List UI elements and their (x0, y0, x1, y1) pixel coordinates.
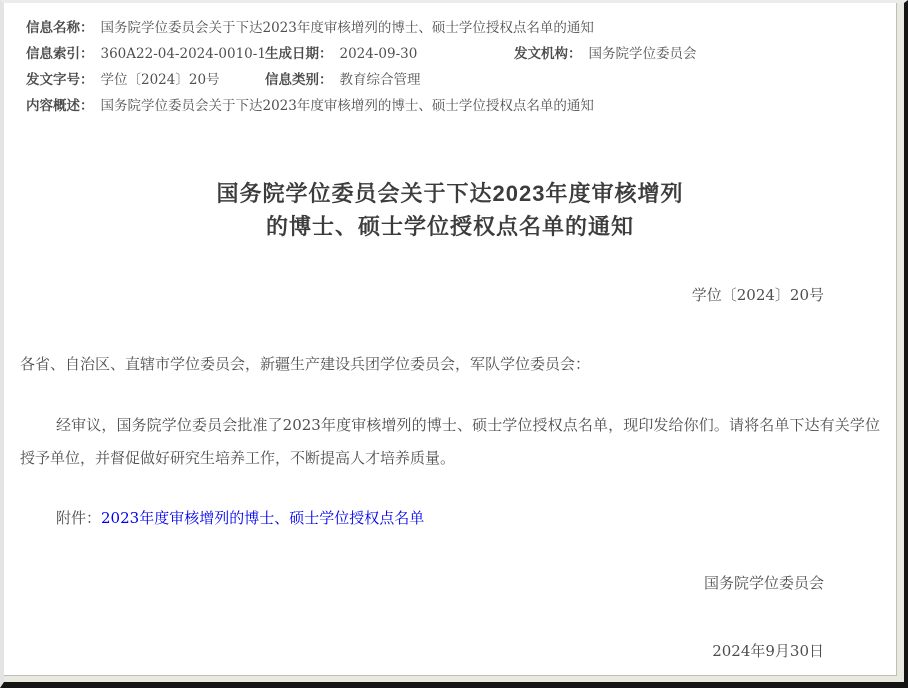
attachment-link[interactable]: 2023年度审核增列的博士、硕士学位授权点名单 (101, 509, 424, 527)
field-doc-number: 发文字号： 学位〔2024〕20号 (26, 67, 265, 93)
field-gen-date: 生成日期： 2024-09-30 (265, 41, 514, 67)
body-paragraph: 经审议，国务院学位委员会批准了2023年度审核增列的博士、硕士学位授权点名单，现… (20, 409, 880, 475)
agency-value: 国务院学位委员会 (589, 41, 697, 67)
metadata-row-name: 信息名称： 国务院学位委员会关于下达2023年度审核增列的博士、硕士学位授权点名… (26, 15, 876, 41)
category-label: 信息类别： (265, 67, 333, 93)
info-index-value: 360A22-04-2024-0010-1 (101, 41, 266, 67)
agency-label: 发文机构： (514, 41, 582, 67)
metadata-row-summary: 内容概述： 国务院学位委员会关于下达2023年度审核增列的博士、硕士学位授权点名… (26, 93, 876, 119)
field-info-name: 信息名称： 国务院学位委员会关于下达2023年度审核增列的博士、硕士学位授权点名… (26, 15, 594, 41)
info-name-label: 信息名称： (26, 15, 94, 41)
metadata-row-index: 信息索引： 360A22-04-2024-0010-1 生成日期： 2024-0… (26, 41, 876, 67)
metadata-row-docnum: 发文字号： 学位〔2024〕20号 信息类别： 教育综合管理 (26, 67, 876, 93)
gen-date-label: 生成日期： (265, 41, 333, 67)
category-value: 教育综合管理 (340, 67, 421, 93)
info-index-label: 信息索引： (26, 41, 94, 67)
field-info-index: 信息索引： 360A22-04-2024-0010-1 (26, 41, 265, 67)
metadata-panel: 信息名称： 国务院学位委员会关于下达2023年度审核增列的博士、硕士学位授权点名… (4, 3, 896, 119)
doc-number-label: 发文字号： (26, 67, 94, 93)
attachment-label: 附件： (56, 509, 101, 527)
document-title-line1: 国务院学位委员会关于下达2023年度审核增列 (20, 177, 880, 210)
page-content: 信息名称： 国务院学位委员会关于下达2023年度审核增列的博士、硕士学位授权点名… (4, 3, 897, 676)
document-title: 国务院学位委员会关于下达2023年度审核增列 的博士、硕士学位授权点名单的通知 (20, 177, 880, 243)
salutation: 各省、自治区、直辖市学位委员会，新疆生产建设兵团学位委员会，军队学位委员会： (20, 348, 880, 381)
info-name-value: 国务院学位委员会关于下达2023年度审核增列的博士、硕士学位授权点名单的通知 (101, 15, 594, 41)
document-title-line2: 的博士、硕士学位授权点名单的通知 (20, 210, 880, 243)
window-frame-inner: 信息名称： 国务院学位委员会关于下达2023年度审核增列的博士、硕士学位授权点名… (4, 3, 904, 682)
field-summary: 内容概述： 国务院学位委员会关于下达2023年度审核增列的博士、硕士学位授权点名… (26, 93, 594, 119)
window-frame: 信息名称： 国务院学位委员会关于下达2023年度审核增列的博士、硕士学位授权点名… (0, 0, 908, 688)
gen-date-value: 2024-09-30 (340, 41, 418, 67)
attachment-line: 附件：2023年度审核增列的博士、硕士学位授权点名单 (20, 502, 880, 535)
document-number: 学位〔2024〕20号 (20, 279, 880, 312)
field-category: 信息类别： 教育综合管理 (265, 67, 421, 93)
document-body: 国务院学位委员会关于下达2023年度审核增列 的博士、硕士学位授权点名单的通知 … (4, 177, 896, 668)
doc-number-value: 学位〔2024〕20号 (101, 67, 220, 93)
field-agency: 发文机构： 国务院学位委员会 (514, 41, 697, 67)
signature: 国务院学位委员会 (20, 567, 880, 600)
summary-value: 国务院学位委员会关于下达2023年度审核增列的博士、硕士学位授权点名单的通知 (101, 93, 594, 119)
summary-label: 内容概述： (26, 93, 94, 119)
document-date: 2024年9月30日 (20, 635, 880, 668)
